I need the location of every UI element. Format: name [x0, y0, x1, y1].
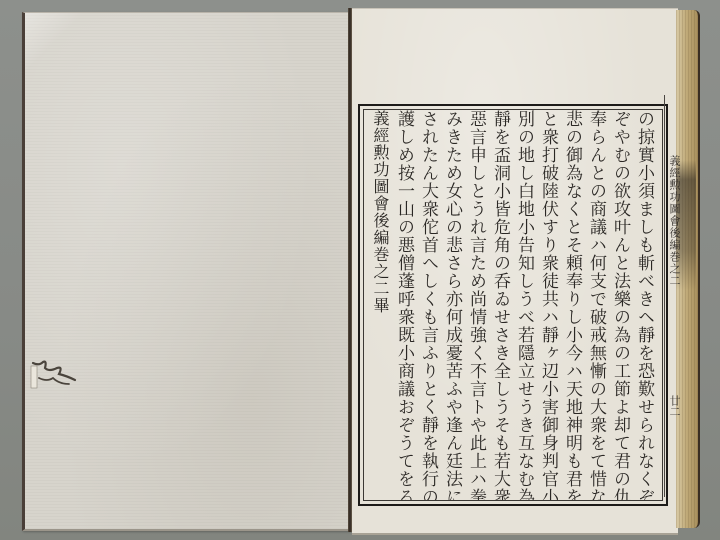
- hashira-margin: 義經勲功圖會後編巻之二 廿二: [664, 95, 679, 497]
- binding-thread-mark-icon: [29, 358, 84, 403]
- text-column-11: 護しめ按一山の悪僧蓬呼衆既小商議おぞうてをる: [394, 110, 416, 500]
- text-column-8: 惡言申しとうれ言ため尚情強く不言トや此上ハ拳若及丸せよと罵: [466, 110, 488, 500]
- text-column-6: 別の地し白地小告知しうべ若隱立せうき互なむ為不好しぞと予けるが: [514, 110, 536, 500]
- right-page-text: の掠實小須ましも斬べきヘ靜を恐歎せられなくぞ。是とこしも如何 ぞやむの欲攻叶んと…: [352, 8, 678, 535]
- hashira-title: 義經勲功圖會後編巻之二: [666, 155, 682, 287]
- text-column-9: みきため女心の悲さら亦何成憂苦ふや逢ん廷法に有し支ども熱り: [442, 110, 464, 500]
- hashira-page-number: 廿二: [666, 395, 682, 417]
- text-columns: の掠實小須ましも斬べきヘ靜を恐歎せられなくぞ。是とこしも如何 ぞやむの欲攻叶んと…: [366, 110, 656, 500]
- text-column-4: 悲の御為なくとそ頼奉りし小今ハ天地神明も君を見放しうひしう: [562, 110, 584, 500]
- volume-end-title: 義經勲功圖會後編巻之二畢: [370, 110, 392, 500]
- text-column-1: の掠實小須ましも斬べきヘ靜を恐歎せられなくぞ。是とこしも如何: [634, 110, 656, 500]
- corner-crease: [25, 13, 85, 73]
- text-column-2: ぞやむの欲攻叶んと法樂の為の工節よ却て君の仇となり捕へ: [610, 110, 632, 500]
- text-frame: の掠實小須ましも斬べきヘ靜を恐歎せられなくぞ。是とこしも如何 ぞやむの欲攻叶んと…: [358, 104, 668, 506]
- text-column-7: 靜を盃洞小皆危角の呑ゐせさき全しうそも若大衆大の小怒り女雄し: [490, 110, 512, 500]
- text-column-5: と衆打破陸伏すり衆徒共ハ靜ヶ辺小害御身判官小ゑ何所ゐく: [538, 110, 560, 500]
- text-column-10: されたん大衆佗首へしくも言ふりとく靜を執行の坊へ送り人を付く: [418, 110, 440, 500]
- text-column-3: 奉らんとの商議ハ何支で破戒無慚の大衆をて惜なくくる傳ろ悲: [586, 110, 608, 500]
- left-page-blank: [22, 12, 351, 531]
